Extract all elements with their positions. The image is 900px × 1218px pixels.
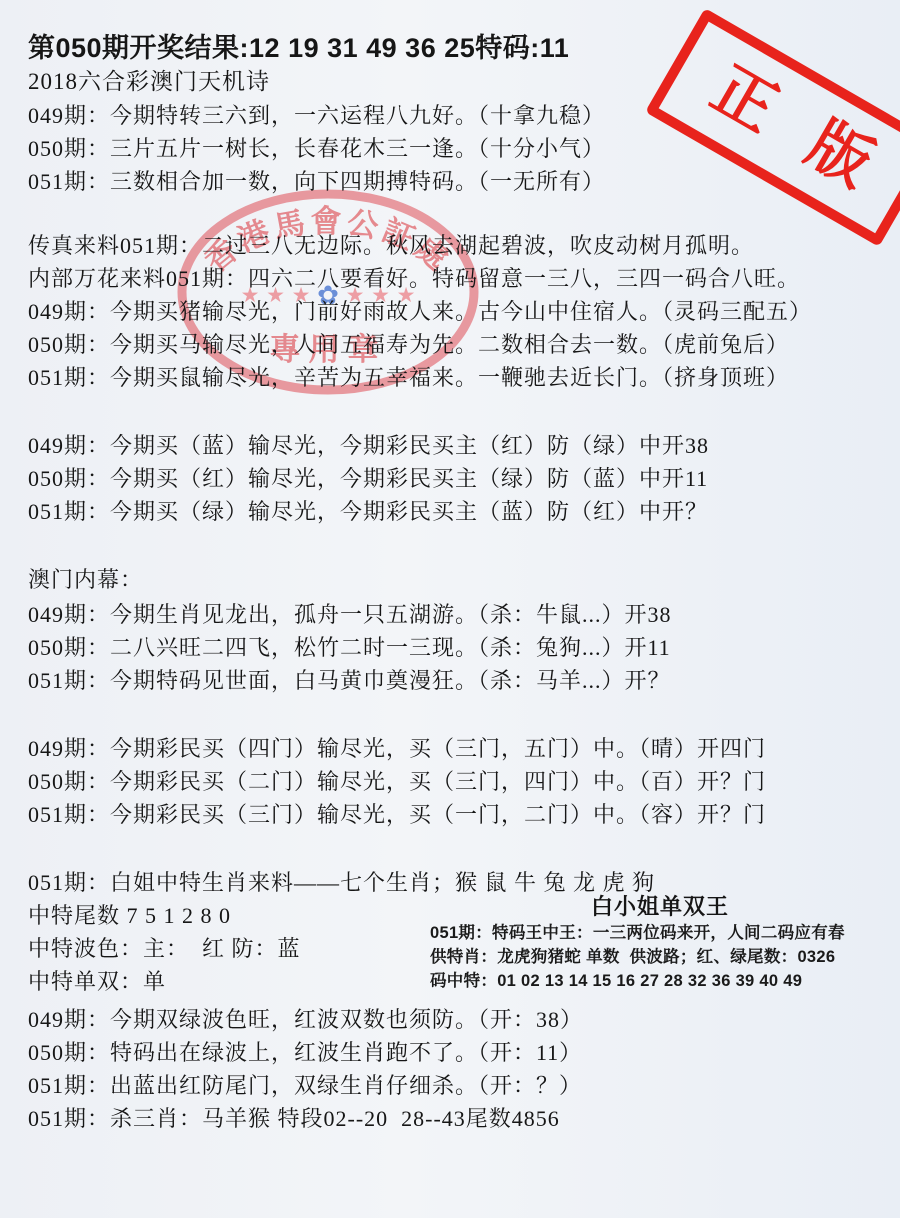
baixiaojie-title: 白小姐单双王 — [430, 893, 890, 921]
section-tianji-poem: 2018六合彩澳门天机诗 049期：今期特转三六到，一六运程八九好。（十拿九稳）… — [28, 64, 605, 198]
genuine-stamp-char-1: 正 — [702, 58, 787, 143]
fax-line: 050期：今期买马输尽光，人间五福寿为先。二数相合去一数。（虎前兔后） — [28, 328, 812, 361]
genuine-stamp: 正 版 — [645, 8, 900, 247]
section-doors: 049期：今期彩民买（四门）输尽光，买（三门，五门）中。（晴）开四门 050期：… — [28, 732, 766, 831]
poem-line: 051期：三数相合加一数，向下四期搏特码。（一无所有） — [28, 165, 605, 198]
section-macau-insider: 澳门内幕： 049期：今期生肖见龙出，孤舟一只五湖游。（杀：牛鼠...）开38 … — [28, 562, 672, 697]
section-fax-material: 传真来料051期：二过三八无边际。秋风去湖起碧波，吹皮动树月孤明。 内部万花来料… — [28, 229, 812, 394]
waves-line: 049期：今期双绿波色旺，红波双数也须防。（开：38） — [28, 1003, 583, 1036]
doors-line: 050期：今期彩民买（二门）输尽光，买（三门，四门）中。（百）开？门 — [28, 765, 766, 798]
genuine-stamp-char-2: 版 — [797, 113, 882, 198]
color-buy-line: 050期：今期买（红）输尽光，今期彩民买主（绿）防（蓝）中开11 — [28, 462, 709, 495]
macau-line: 049期：今期生肖见龙出，孤舟一只五湖游。（杀：牛鼠...）开38 — [28, 598, 672, 631]
fax-line: 传真来料051期：二过三八无边际。秋风去湖起碧波，吹皮动树月孤明。 — [28, 229, 812, 262]
poem-title: 2018六合彩澳门天机诗 — [28, 64, 605, 99]
waves-line: 051期：出蓝出红防尾门，双绿生肖仔细杀。（开：？） — [28, 1069, 583, 1102]
poem-line: 050期：三片五片一树长，长春花木三一逢。（十分小气） — [28, 132, 605, 165]
baixiaojie-line: 供特肖：龙虎狗猪蛇 单数 供波路；红、绿尾数：0326 — [430, 945, 890, 969]
section-color-buy: 049期：今期买（蓝）输尽光，今期彩民买主（红）防（绿）中开38 050期：今期… — [28, 429, 709, 528]
poem-line: 049期：今期特转三六到，一六运程八九好。（十拿九稳） — [28, 99, 605, 132]
macau-insider-heading: 澳门内幕： — [28, 562, 672, 598]
fax-line: 内部万花来料051期：四六二八要看好。特码留意一三八，三四一码合八旺。 — [28, 262, 812, 295]
kill-zodiac-line: 051期：杀三肖：马羊猴 特段02--20 28--43尾数4856 — [28, 1102, 583, 1135]
color-buy-line: 049期：今期买（蓝）输尽光，今期彩民买主（红）防（绿）中开38 — [28, 429, 709, 462]
baixiaojie-block: 白小姐单双王 051期：特码王中王：一三两位码来开，人间二码应有春 供特肖：龙虎… — [430, 893, 890, 993]
macau-line: 051期：今期特码见世面，白马黄巾奠漫狂。（杀：马羊...）开？ — [28, 664, 672, 697]
waves-line: 050期：特码出在绿波上，红波生肖跑不了。（开：11） — [28, 1036, 583, 1069]
draw-result-headline: 第050期开奖结果:12 19 31 49 36 25特码:11 — [28, 26, 569, 65]
macau-line: 050期：二八兴旺二四飞，松竹二时一三现。（杀：兔狗...）开11 — [28, 631, 672, 664]
fax-line: 049期：今期买猪输尽光，门前好雨故人来。古今山中住宿人。（灵码三配五） — [28, 295, 812, 328]
baixiaojie-line: 051期：特码王中王：一三两位码来开，人间二码应有春 — [430, 921, 890, 945]
baixiaojie-line: 码中特：01 02 13 14 15 16 27 28 32 36 39 40 … — [430, 969, 890, 993]
tip-sheet-page: 香港馬會公証處 ★ ★ ★ ✿ ★ ★ ★ 專用章 正 版 第050期开奖结果:… — [0, 0, 900, 1218]
doors-line: 049期：今期彩民买（四门）输尽光，买（三门，五门）中。（晴）开四门 — [28, 732, 766, 765]
fax-line: 051期：今期买鼠输尽光，辛苦为五幸福来。一鞭驰去近长门。（挤身顶班） — [28, 361, 812, 394]
color-buy-line: 051期：今期买（绿）输尽光，今期彩民买主（蓝）防（红）中开？ — [28, 495, 709, 528]
section-waves: 049期：今期双绿波色旺，红波双数也须防。（开：38） 050期：特码出在绿波上… — [28, 1003, 583, 1135]
doors-line: 051期：今期彩民买（三门）输尽光，买（一门，二门）中。（容）开？门 — [28, 798, 766, 831]
